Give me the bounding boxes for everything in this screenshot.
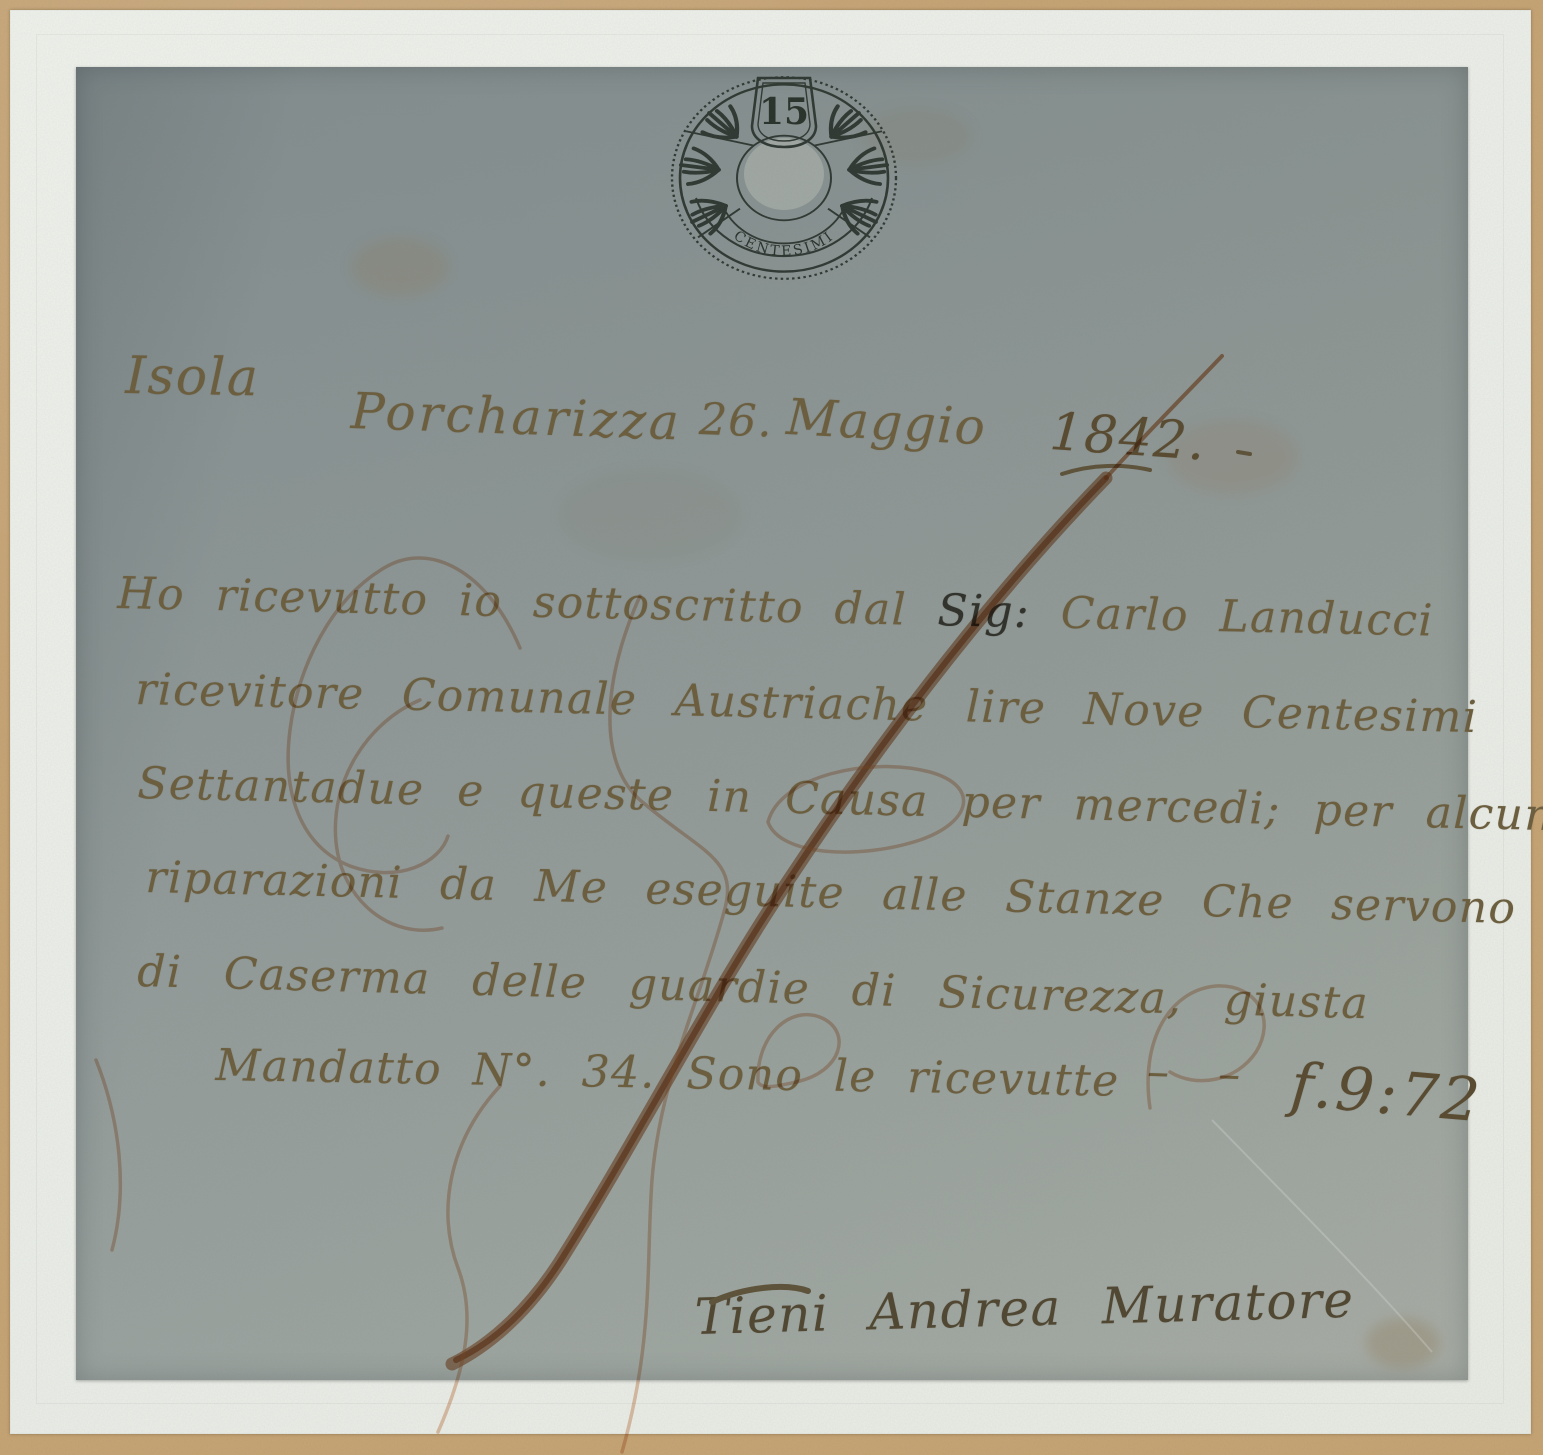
date-town: Porcharizza xyxy=(350,382,683,452)
body-line-1-payer-name: Carlo Landucci xyxy=(1060,588,1434,647)
framed-receipt-photo: 15 CENTESIMI Isola Porcharizza 26. Maggi… xyxy=(0,0,1543,1455)
date-place: Isola xyxy=(125,346,260,408)
date-year: 1842. xyxy=(1048,402,1208,473)
body-line-1-payer-title: Sig: xyxy=(937,585,1061,639)
body-line-6-dashes: – – xyxy=(1146,1046,1259,1101)
date-day: 26. xyxy=(698,394,774,448)
date-month: Maggio xyxy=(785,388,988,456)
